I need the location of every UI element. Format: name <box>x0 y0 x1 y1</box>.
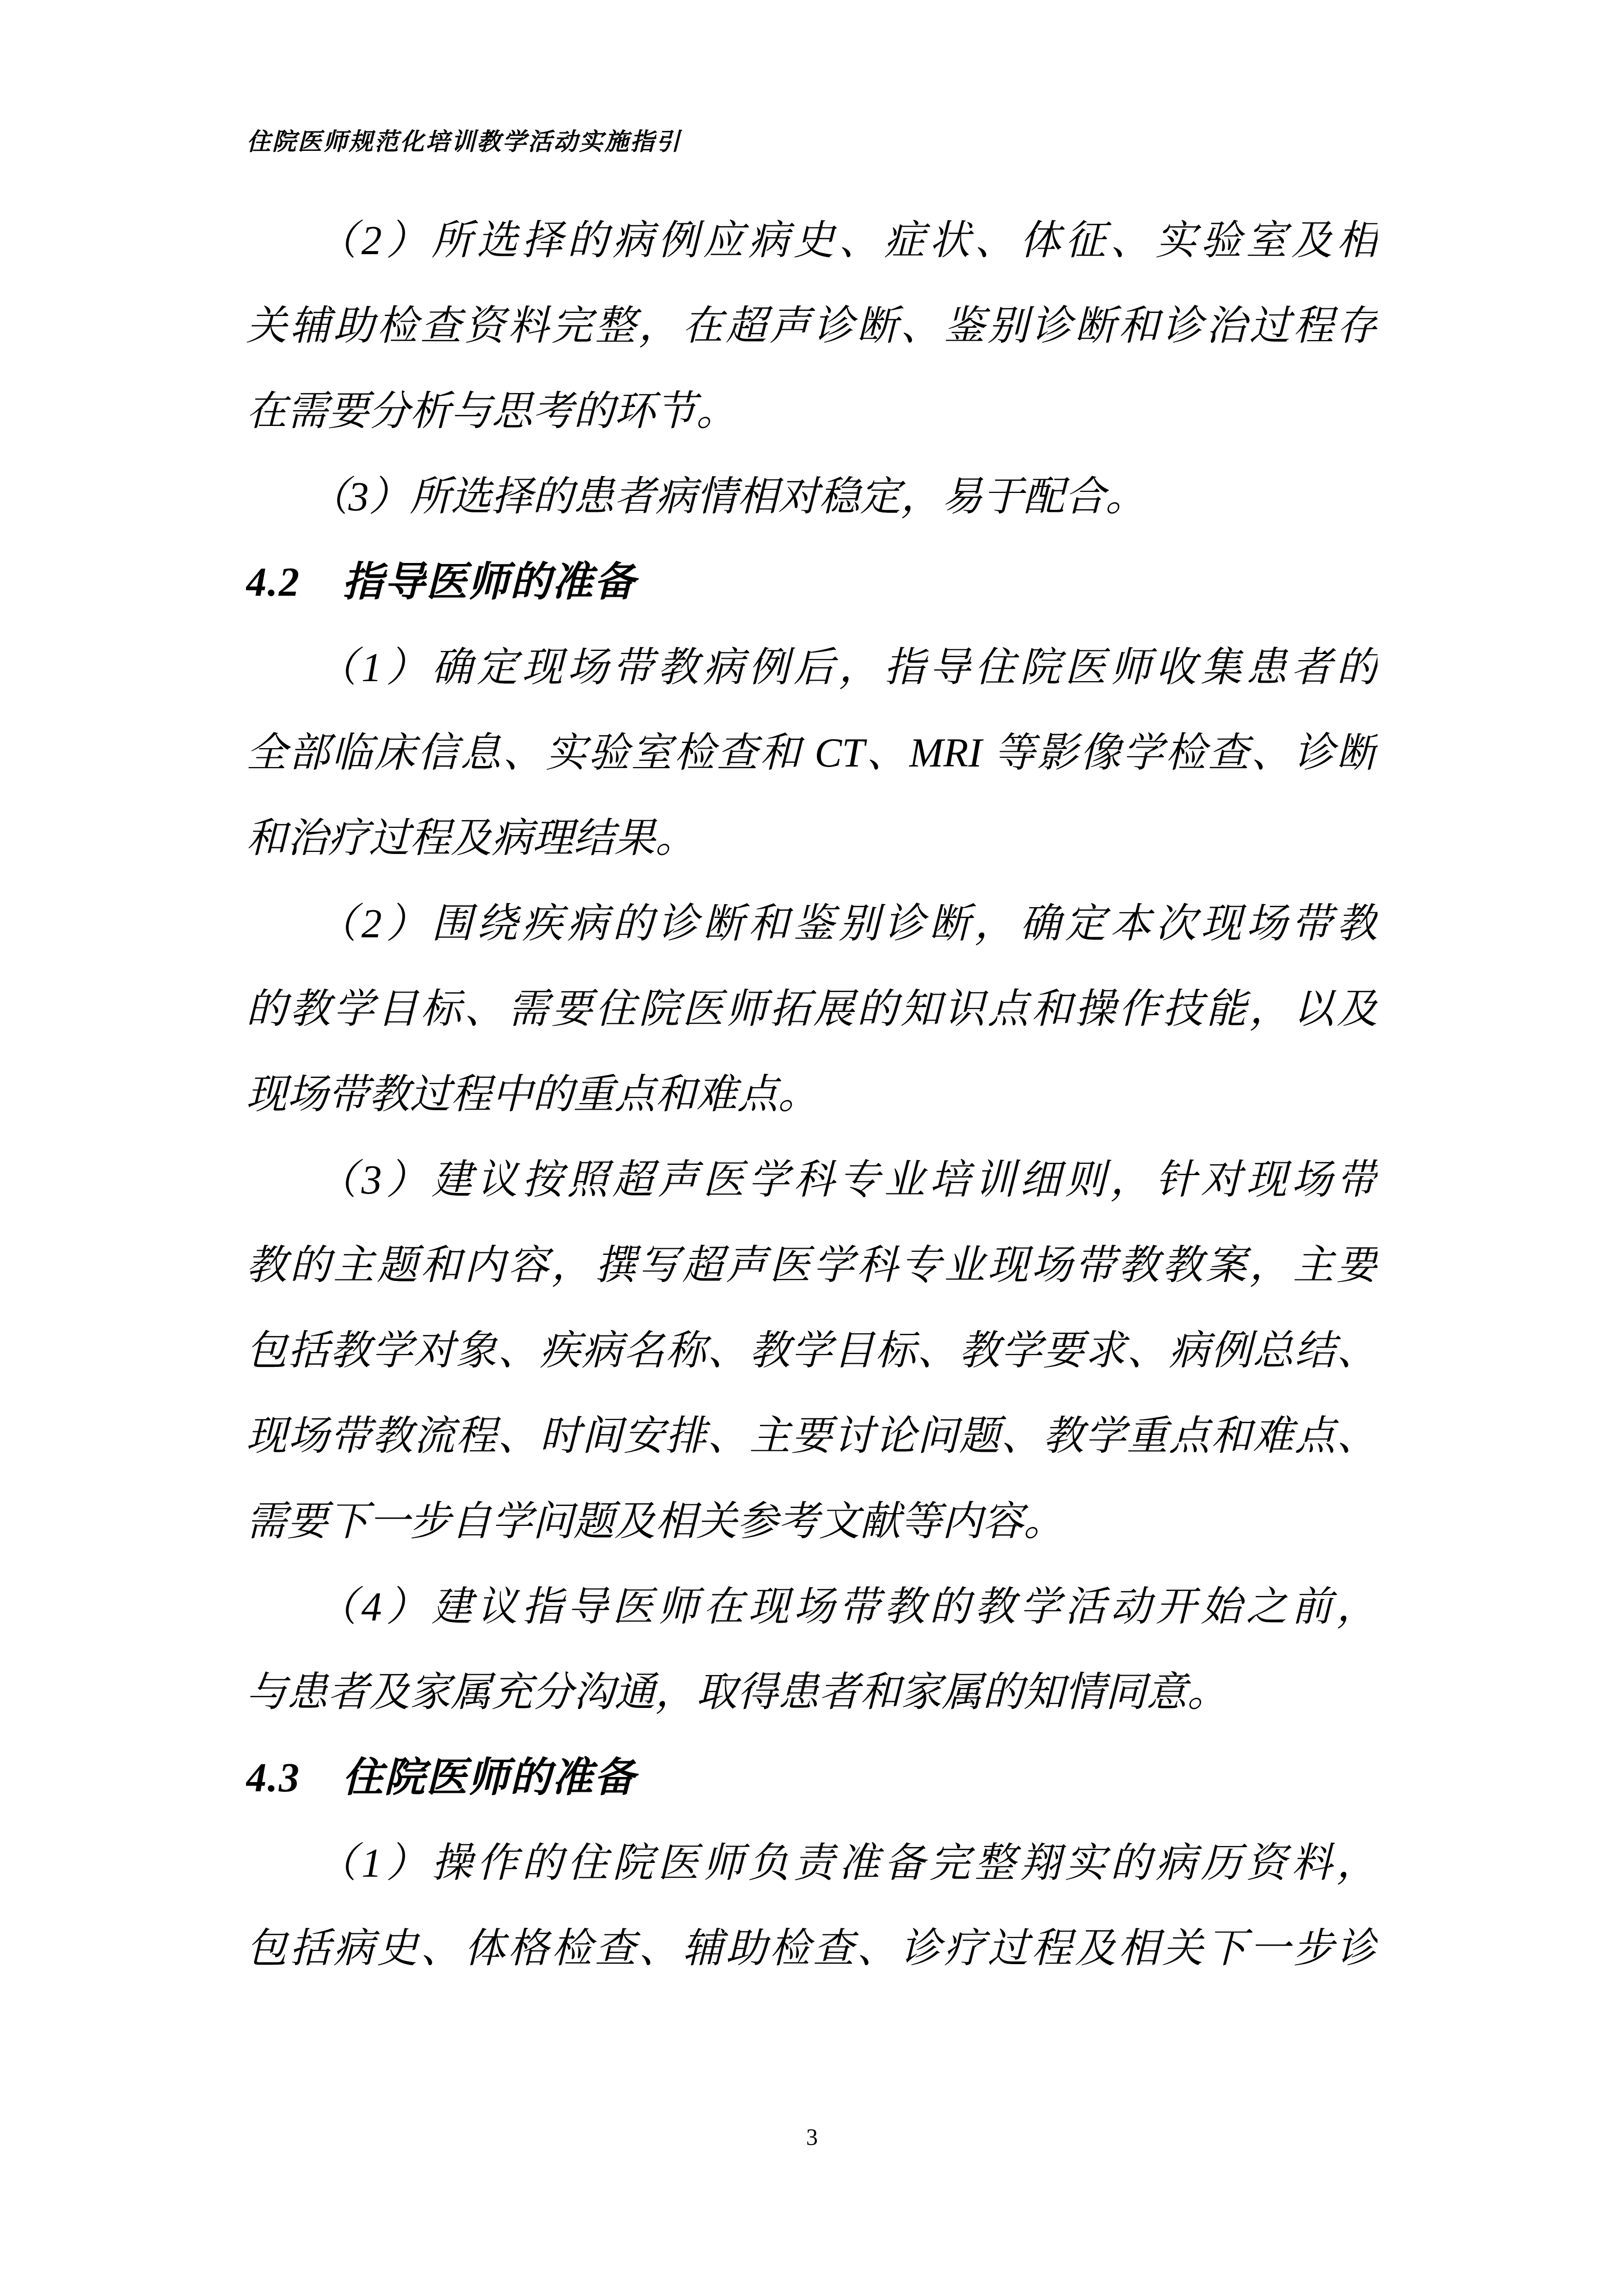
page-header-title: 住院医师规范化培训教学活动实施指引 <box>247 124 681 160</box>
text-line: 和治疗过程及病理结果。 <box>246 796 1377 882</box>
text-line: （2）所选择的病例应病史、症状、体征、实验室及相 <box>246 198 1377 284</box>
text-line: 与患者及家属充分沟通，取得患者和家属的知情同意。 <box>246 1650 1377 1736</box>
text-line: 关辅助检查资料完整，在超声诊断、鉴别诊断和诊治过程存 <box>246 284 1377 369</box>
document-page: 住院医师规范化培训教学活动实施指引 （2）所选择的病例应病史、症状、体征、实验室… <box>0 0 1624 2296</box>
text-body: （2）所选择的病例应病史、症状、体征、实验室及相关辅助检查资料完整，在超声诊断、… <box>246 198 1377 1992</box>
text-line: （4）建议指导医师在现场带教的教学活动开始之前， <box>246 1565 1377 1650</box>
text-line: （1）操作的住院医师负责准备完整翔实的病历资料， <box>246 1821 1377 1906</box>
text-line: （3）所选择的患者病情相对稳定，易于配合。 <box>246 455 1377 540</box>
text-line: （1）确定现场带教病例后，指导住院医师收集患者的 <box>246 625 1377 711</box>
section-heading: 4.2 指导医师的准备 <box>246 540 1377 625</box>
text-line: 在需要分析与思考的环节。 <box>246 369 1377 455</box>
text-line: 包括教学对象、疾病名称、教学目标、教学要求、病例总结、 <box>246 1309 1377 1394</box>
text-line: 需要下一步自学问题及相关参考文献等内容。 <box>246 1479 1377 1565</box>
section-heading: 4.3 住院医师的准备 <box>246 1736 1377 1821</box>
page-number: 3 <box>0 2122 1624 2153</box>
text-line: （2）围绕疾病的诊断和鉴别诊断，确定本次现场带教 <box>246 882 1377 967</box>
text-line: 全部临床信息、实验室检查和 CT、MRI 等影像学检查、诊断 <box>246 711 1377 796</box>
text-line: （3）建议按照超声医学科专业培训细则，针对现场带 <box>246 1138 1377 1223</box>
text-line: 现场带教流程、时间安排、主要讨论问题、教学重点和难点、 <box>246 1394 1377 1479</box>
text-line: 现场带教过程中的重点和难点。 <box>246 1052 1377 1138</box>
text-line: 教的主题和内容，撰写超声医学科专业现场带教教案，主要 <box>246 1223 1377 1309</box>
text-line: 包括病史、体格检查、辅助检查、诊疗过程及相关下一步诊 <box>246 1906 1377 1992</box>
text-line: 的教学目标、需要住院医师拓展的知识点和操作技能，以及 <box>246 967 1377 1052</box>
